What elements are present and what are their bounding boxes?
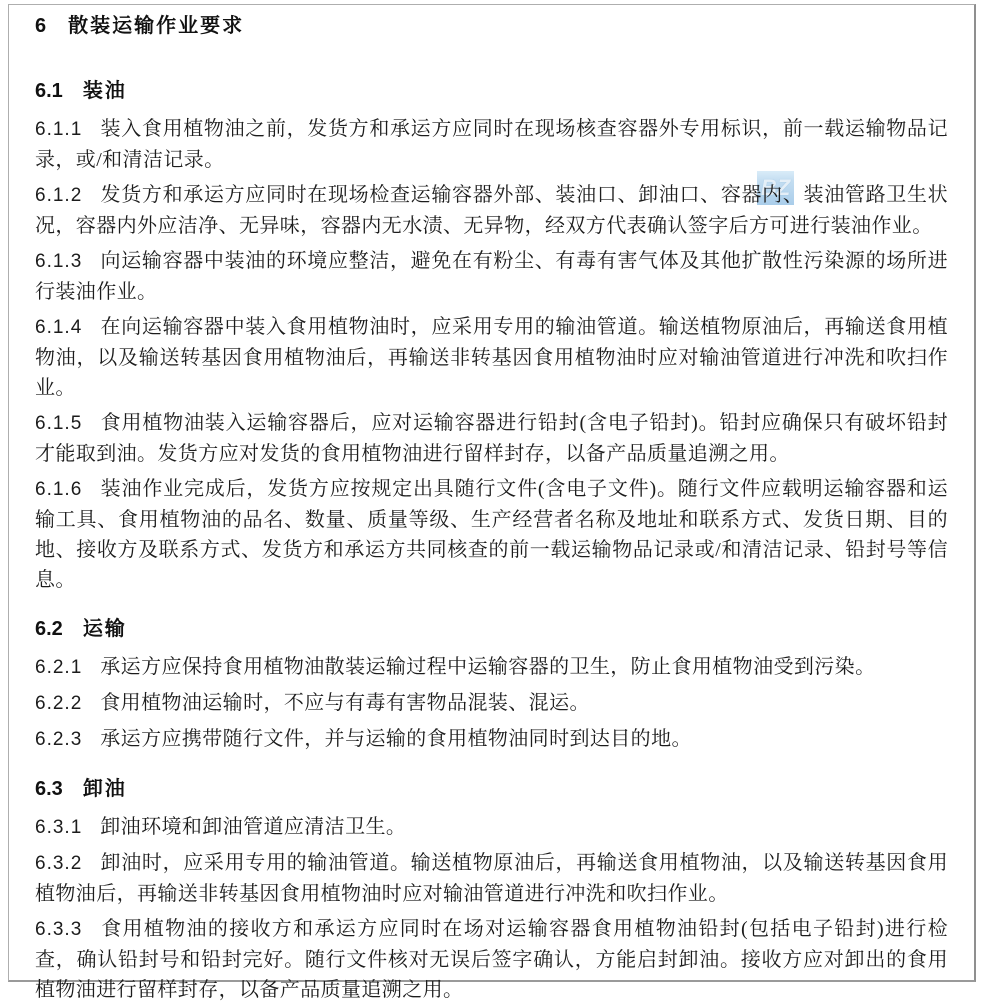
clause-6-1-2: 6.1.2发货方和承运方应同时在现场检查运输容器外部、装油口、卸油口、容器内、装… (35, 180, 948, 241)
section-heading-6-1: 6.1装油 (35, 77, 948, 105)
section-heading-6-2: 6.2运输 (35, 615, 948, 643)
clause-number: 6.2.3 (35, 729, 82, 750)
clause-number: 6.1.3 (35, 251, 82, 272)
clause-number: 6.1.5 (35, 413, 82, 434)
section-title: 卸油 (83, 778, 127, 800)
section-number: 6.3 (35, 778, 63, 800)
chapter-heading: 6散装运输作业要求 (35, 12, 948, 40)
clause-number: 6.1.4 (35, 317, 82, 338)
clause-number: 6.2.1 (35, 657, 82, 678)
document-page: BZ 6散装运输作业要求 6.1装油 6.1.1装入食用植物油之前，发货方和承运… (8, 4, 976, 982)
clause-number: 6.1.2 (35, 185, 82, 206)
clause-6-1-4: 6.1.4在向运输容器中装入食用植物油时，应采用专用的输油管道。输送植物原油后，… (35, 312, 948, 403)
clause-6-3-3: 6.3.3食用植物油的接收方和承运方应同时在场对运输容器食用植物油铅封(包括电子… (35, 914, 948, 992)
clause-number: 6.3.2 (35, 853, 82, 874)
clause-6-2-3: 6.2.3承运方应携带随行文件，并与运输的食用植物油同时到达目的地。 (35, 724, 948, 755)
clause-6-1-1: 6.1.1装入食用植物油之前，发货方和承运方应同时在现场核查容器外专用标识，前一… (35, 114, 948, 175)
chapter-number: 6 (35, 15, 46, 37)
clause-text: 食用植物油装入运输容器后，应对运输容器进行铅封(含电子铅封)。铅封应确保只有破坏… (35, 412, 948, 465)
clause-6-1-3: 6.1.3向运输容器中装油的环境应整洁，避免在有粉尘、有毒有害气体及其他扩散性污… (35, 246, 948, 307)
section-unloading-oil: 6.3卸油 6.3.1卸油环境和卸油管道应清洁卫生。 6.3.2卸油时，应采用专… (35, 775, 948, 992)
clause-text: 食用植物油的接收方和承运方应同时在场对运输容器食用植物油铅封(包括电子铅封)进行… (35, 918, 948, 992)
clause-6-3-1: 6.3.1卸油环境和卸油管道应清洁卫生。 (35, 812, 948, 843)
clause-text: 装油作业完成后，发货方应按规定出具随行文件(含电子文件)。随行文件应载明运输容器… (35, 478, 948, 591)
clause-number: 6.2.2 (35, 693, 82, 714)
clause-text: 承运方应携带随行文件，并与运输的食用植物油同时到达目的地。 (100, 728, 692, 750)
clause-text: 卸油时，应采用专用的输油管道。输送植物原油后，再输送食用植物油，以及输送转基因食… (35, 852, 948, 905)
clause-text: 装入食用植物油之前，发货方和承运方应同时在现场核查容器外专用标识，前一载运输物品… (35, 118, 948, 171)
section-title: 运输 (83, 618, 127, 640)
clause-number: 6.3.1 (35, 817, 82, 838)
clause-number: 6.1.1 (35, 119, 82, 140)
clause-6-2-1: 6.2.1承运方应保持食用植物油散装运输过程中运输容器的卫生，防止食用植物油受到… (35, 652, 948, 683)
section-loading-oil: 6.1装油 6.1.1装入食用植物油之前，发货方和承运方应同时在现场核查容器外专… (35, 77, 948, 595)
clause-number: 6.3.3 (35, 919, 82, 940)
clause-text: 食用植物油运输时，不应与有毒有害物品混装、混运。 (100, 692, 590, 714)
clause-6-3-2: 6.3.2卸油时，应采用专用的输油管道。输送植物原油后，再输送食用植物油，以及输… (35, 848, 948, 909)
section-heading-6-3: 6.3卸油 (35, 775, 948, 803)
clause-6-2-2: 6.2.2食用植物油运输时，不应与有毒有害物品混装、混运。 (35, 688, 948, 719)
clause-text: 发货方和承运方应同时在现场检查运输容器外部、装油口、卸油口、容器内、装油管路卫生… (35, 184, 948, 237)
clause-text: 向运输容器中装油的环境应整洁，避免在有粉尘、有毒有害气体及其他扩散性污染源的场所… (35, 250, 948, 303)
clause-text: 在向运输容器中装入食用植物油时，应采用专用的输油管道。输送植物原油后，再输送食用… (35, 316, 948, 399)
section-title: 装油 (83, 80, 127, 102)
section-transport: 6.2运输 6.2.1承运方应保持食用植物油散装运输过程中运输容器的卫生，防止食… (35, 615, 948, 755)
clause-6-1-5: 6.1.5食用植物油装入运输容器后，应对运输容器进行铅封(含电子铅封)。铅封应确… (35, 408, 948, 469)
clause-number: 6.1.6 (35, 479, 82, 500)
clause-text: 承运方应保持食用植物油散装运输过程中运输容器的卫生，防止食用植物油受到污染。 (100, 656, 875, 678)
section-number: 6.1 (35, 80, 63, 102)
section-number: 6.2 (35, 618, 63, 640)
clause-text: 卸油环境和卸油管道应清洁卫生。 (100, 816, 406, 838)
clause-6-1-6: 6.1.6装油作业完成后，发货方应按规定出具随行文件(含电子文件)。随行文件应载… (35, 474, 948, 595)
chapter-title: 散装运输作业要求 (68, 15, 244, 37)
